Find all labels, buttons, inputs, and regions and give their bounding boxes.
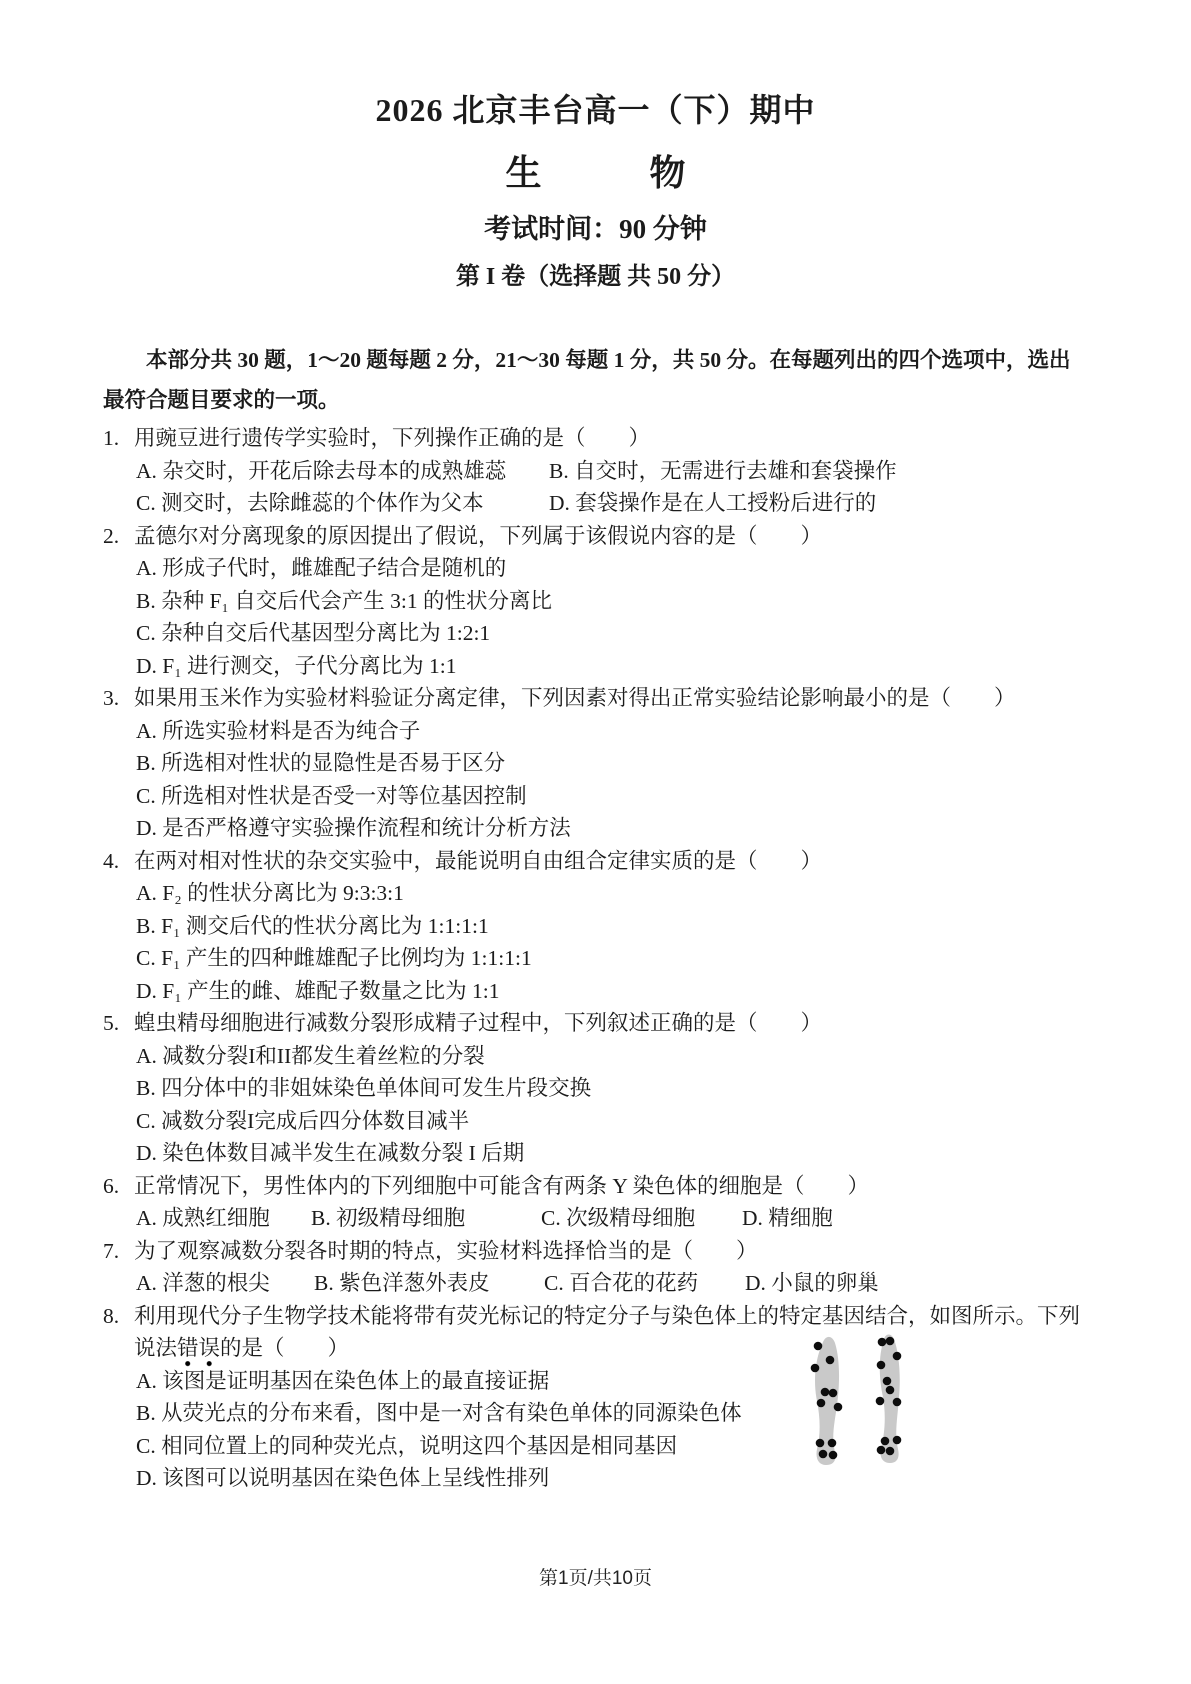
- option: D. 套袋操作是在人工授粉后进行的: [549, 487, 1091, 520]
- option-row: C. 测交时，去除雌蕊的个体作为父本D. 套袋操作是在人工授粉后进行的: [103, 487, 1091, 520]
- fluorescent-dot: [893, 1351, 902, 1360]
- stem-segment: 的是（ ）: [220, 1336, 349, 1360]
- fluorescent-dot: [893, 1435, 902, 1444]
- option: D. 该图可以说明基因在染色体上呈线性排列: [136, 1462, 1091, 1495]
- option-row: C. 相同位置上的同种荧光点，说明这四个基因是相同基因: [103, 1430, 1091, 1463]
- option: B. 自交时，无需进行去雄和套袋操作: [549, 455, 1091, 488]
- option-row: A. 减数分裂I和II都发生着丝粒的分裂: [103, 1040, 1091, 1073]
- option: C. 百合花的花药: [544, 1267, 745, 1300]
- fluorescent-dot: [829, 1388, 838, 1397]
- option: C. 次级精母细胞: [541, 1202, 742, 1235]
- question-stem: 3.如果用玉米作为实验材料验证分离定律，下列因素对得出正常实验结论影响最小的是（…: [103, 682, 1091, 715]
- page-title: 2026 北京丰台高一（下）期中: [0, 90, 1191, 130]
- option: B. 初级精母细胞: [311, 1202, 541, 1235]
- fluorescent-dot: [811, 1363, 820, 1372]
- option: C. 所选相对性状是否受一对等位基因控制: [136, 780, 1091, 813]
- fluorescent-dot: [886, 1385, 895, 1394]
- question-stem: 4.在两对相对性状的杂交实验中，最能说明自由组合定律实质的是（ ）: [103, 845, 1091, 878]
- fluorescent-dot: [883, 1376, 892, 1385]
- question-stem: 1.用豌豆进行遗传学实验时，下列操作正确的是（ ）: [103, 422, 1091, 455]
- option: B. 所选相对性状的显隐性是否易于区分: [136, 747, 1091, 780]
- option: C. 相同位置上的同种荧光点，说明这四个基因是相同基因: [136, 1430, 1091, 1463]
- instructions-line: 本部分共 30 题，1～20 题每题 2 分，21～30 每题 1 分，共 50…: [103, 340, 1091, 380]
- option-row: A. 形成子代时，雌雄配子结合是随机的: [103, 552, 1091, 585]
- fluorescent-dot: [877, 1360, 886, 1369]
- option-row: B. 所选相对性状的显隐性是否易于区分: [103, 747, 1091, 780]
- option-row: C. 减数分裂I完成后四分体数目减半: [103, 1105, 1091, 1138]
- option-row: A. 成熟红细胞B. 初级精母细胞C. 次级精母细胞D. 精细胞: [103, 1202, 1091, 1235]
- question: 5.蝗虫精母细胞进行减数分裂形成精子过程中，下列叙述正确的是（ ）A. 减数分裂…: [103, 1007, 1091, 1170]
- option: A. 所选实验材料是否为纯合子: [136, 715, 1091, 748]
- page-footer: 第1页/共10页: [0, 1566, 1191, 1592]
- question: 2.孟德尔对分离现象的原因提出了假说，下列属于该假说内容的是（ ）A. 形成子代…: [103, 520, 1091, 683]
- option: D. F₁ 产生的雌、雄配子数量之比为 1:1: [136, 975, 1091, 1008]
- question-stem-text: 如果用玉米作为实验材料验证分离定律，下列因素对得出正常实验结论影响最小的是（ ）: [134, 682, 1091, 715]
- option: A. 减数分裂I和II都发生着丝粒的分裂: [136, 1040, 1091, 1073]
- option-row: D. 该图可以说明基因在染色体上呈线性排列: [103, 1462, 1091, 1495]
- question-number: 2.: [103, 520, 134, 553]
- stem-segment: 孟德尔对分离现象的原因提出了假说，下列属于该假说内容的是（ ）: [134, 524, 822, 548]
- instructions: 本部分共 30 题，1～20 题每题 2 分，21～30 每题 1 分，共 50…: [103, 340, 1091, 420]
- option: A. 形成子代时，雌雄配子结合是随机的: [136, 552, 1091, 585]
- subject-title: 生 物: [0, 150, 1191, 196]
- fluorescent-dot: [886, 1336, 895, 1345]
- option: B. 从荧光点的分布来看，图中是一对含有染色单体的同源染色体: [136, 1397, 1091, 1430]
- question-stem-text: 孟德尔对分离现象的原因提出了假说，下列属于该假说内容的是（ ）: [134, 520, 1091, 553]
- question-stem-text: 蝗虫精母细胞进行减数分裂形成精子过程中，下列叙述正确的是（ ）: [134, 1007, 1091, 1040]
- exam-page: 2026 北京丰台高一（下）期中 生 物 考试时间：90 分钟 第 I 卷（选择…: [0, 0, 1191, 1684]
- stem-segment: 在两对相对性状的杂交实验中，最能说明自由组合定律实质的是（ ）: [134, 849, 822, 873]
- fluorescent-dot: [829, 1450, 838, 1459]
- stem-segment: 用豌豆进行遗传学实验时，下列操作正确的是（ ）: [134, 426, 650, 450]
- option: B. 四分体中的非姐妹染色单体间可发生片段交换: [136, 1072, 1091, 1105]
- stem-segment: 如果用玉米作为实验材料验证分离定律，下列因素对得出正常实验结论影响最小的是（ ）: [134, 686, 1016, 710]
- question-number: 1.: [103, 422, 134, 455]
- option-row: D. F₁ 产生的雌、雄配子数量之比为 1:1: [103, 975, 1091, 1008]
- fluorescent-dot: [878, 1337, 887, 1346]
- option-row: C. F₁ 产生的四种雌雄配子比例均为 1:1:1:1: [103, 942, 1091, 975]
- option-row: A. F₂ 的性状分离比为 9:3:3:1: [103, 877, 1091, 910]
- fluorescent-dot: [821, 1387, 830, 1396]
- option-row: A. 该图是证明基因在染色体上的最直接证据: [103, 1365, 1091, 1398]
- question-number: 8.: [103, 1300, 134, 1365]
- question: 3.如果用玉米作为实验材料验证分离定律，下列因素对得出正常实验结论影响最小的是（…: [103, 682, 1091, 845]
- option: D. 染色体数目减半发生在减数分裂 I 后期: [136, 1137, 1091, 1170]
- question-number: 6.: [103, 1170, 134, 1203]
- option-row: C. 杂种自交后代基因型分离比为 1:2:1: [103, 617, 1091, 650]
- option: A. 成熟红细胞: [136, 1202, 311, 1235]
- fluorescent-dot: [814, 1341, 823, 1350]
- question: 8.利用现代分子生物学技术能将带有荧光标记的特定分子与染色体上的特定基因结合，如…: [103, 1300, 1091, 1495]
- question: 7.为了观察减数分裂各时期的特点，实验材料选择恰当的是（ ）A. 洋葱的根尖B.…: [103, 1235, 1091, 1300]
- option: D. 是否严格遵守实验操作流程和统计分析方法: [136, 812, 1091, 845]
- option: C. 减数分裂I完成后四分体数目减半: [136, 1105, 1091, 1138]
- question-number: 4.: [103, 845, 134, 878]
- fluorescent-dot: [886, 1446, 895, 1455]
- question: 6.正常情况下，男性体内的下列细胞中可能含有两条 Y 染色体的细胞是（ ）A. …: [103, 1170, 1091, 1235]
- option: D. 小鼠的卵巢: [745, 1267, 1091, 1300]
- fluorescent-dot: [828, 1438, 837, 1447]
- option: C. 测交时，去除雌蕊的个体作为父本: [136, 487, 549, 520]
- option: A. 杂交时，开花后除去母本的成熟雄蕊: [136, 455, 549, 488]
- option: A. 洋葱的根尖: [136, 1267, 314, 1300]
- option: A. F₂ 的性状分离比为 9:3:3:1: [136, 877, 1091, 910]
- fluorescent-dot: [834, 1402, 843, 1411]
- option-row: B. F₁ 测交后代的性状分离比为 1:1:1:1: [103, 910, 1091, 943]
- question-stem: 6.正常情况下，男性体内的下列细胞中可能含有两条 Y 染色体的细胞是（ ）: [103, 1170, 1091, 1203]
- question-number: 3.: [103, 682, 134, 715]
- fluorescent-dot: [893, 1397, 902, 1406]
- option: B. 紫色洋葱外表皮: [314, 1267, 544, 1300]
- question-stem-text: 正常情况下，男性体内的下列细胞中可能含有两条 Y 染色体的细胞是（ ）: [134, 1170, 1091, 1203]
- option: B. F₁ 测交后代的性状分离比为 1:1:1:1: [136, 910, 1091, 943]
- fluorescent-dot: [877, 1445, 886, 1454]
- chromosome-figure: [800, 1333, 912, 1467]
- fluorescent-dot: [817, 1398, 826, 1407]
- option-row: A. 所选实验材料是否为纯合子: [103, 715, 1091, 748]
- fluorescent-dot: [876, 1396, 885, 1405]
- stem-segment: 蝗虫精母细胞进行减数分裂形成精子过程中，下列叙述正确的是（ ）: [134, 1011, 822, 1035]
- option: C. F₁ 产生的四种雌雄配子比例均为 1:1:1:1: [136, 942, 1091, 975]
- stem-segment: 正常情况下，男性体内的下列细胞中可能含有两条 Y 染色体的细胞是（ ）: [134, 1174, 869, 1198]
- question-stem-text: 为了观察减数分裂各时期的特点，实验材料选择恰当的是（ ）: [134, 1235, 1091, 1268]
- question: 4.在两对相对性状的杂交实验中，最能说明自由组合定律实质的是（ ）A. F₂ 的…: [103, 845, 1091, 1008]
- option-row: A. 洋葱的根尖B. 紫色洋葱外表皮C. 百合花的花药D. 小鼠的卵巢: [103, 1267, 1091, 1300]
- fluorescent-dot: [881, 1436, 890, 1445]
- fluorescent-dot: [826, 1355, 835, 1364]
- option: A. 该图是证明基因在染色体上的最直接证据: [136, 1365, 1091, 1398]
- question-stem-text: 用豌豆进行遗传学实验时，下列操作正确的是（ ）: [134, 422, 1091, 455]
- section-title: 第 I 卷（选择题 共 50 分）: [0, 262, 1191, 292]
- option-row: D. 染色体数目减半发生在减数分裂 I 后期: [103, 1137, 1091, 1170]
- stem-segment: 为了观察减数分裂各时期的特点，实验材料选择恰当的是（ ）: [134, 1239, 758, 1263]
- fluorescent-dot: [819, 1449, 828, 1458]
- option-row: A. 杂交时，开花后除去母本的成熟雄蕊B. 自交时，无需进行去雄和套袋操作: [103, 455, 1091, 488]
- question-number: 5.: [103, 1007, 134, 1040]
- option-row: B. 四分体中的非姐妹染色单体间可发生片段交换: [103, 1072, 1091, 1105]
- instructions-line: 最符合题目要求的一项。: [103, 380, 1091, 420]
- exam-time: 考试时间：90 分钟: [0, 212, 1191, 246]
- question: 1.用豌豆进行遗传学实验时，下列操作正确的是（ ）A. 杂交时，开花后除去母本的…: [103, 422, 1091, 520]
- option-row: D. F₁ 进行测交，子代分离比为 1:1: [103, 650, 1091, 683]
- option: C. 杂种自交后代基因型分离比为 1:2:1: [136, 617, 1091, 650]
- option-row: C. 所选相对性状是否受一对等位基因控制: [103, 780, 1091, 813]
- question-stem: 2.孟德尔对分离现象的原因提出了假说，下列属于该假说内容的是（ ）: [103, 520, 1091, 553]
- option: B. 杂种 F₁ 自交后代会产生 3:1 的性状分离比: [136, 585, 1091, 618]
- option: D. 精细胞: [742, 1202, 1091, 1235]
- question-stem: 7.为了观察减数分裂各时期的特点，实验材料选择恰当的是（ ）: [103, 1235, 1091, 1268]
- option-row: B. 从荧光点的分布来看，图中是一对含有染色单体的同源染色体: [103, 1397, 1091, 1430]
- question-number: 7.: [103, 1235, 134, 1268]
- fluorescent-dot: [816, 1438, 825, 1447]
- option: D. F₁ 进行测交，子代分离比为 1:1: [136, 650, 1091, 683]
- content: 本部分共 30 题，1～20 题每题 2 分，21～30 每题 1 分，共 50…: [0, 340, 1191, 1495]
- question-stem: 8.利用现代分子生物学技术能将带有荧光标记的特定分子与染色体上的特定基因结合，如…: [103, 1300, 1091, 1365]
- option-row: B. 杂种 F₁ 自交后代会产生 3:1 的性状分离比: [103, 585, 1091, 618]
- emphasized-text: 错误: [177, 1336, 220, 1367]
- question-stem-text: 利用现代分子生物学技术能将带有荧光标记的特定分子与染色体上的特定基因结合，如图所…: [134, 1300, 1091, 1365]
- option-row: D. 是否严格遵守实验操作流程和统计分析方法: [103, 812, 1091, 845]
- question-stem: 5.蝗虫精母细胞进行减数分裂形成精子过程中，下列叙述正确的是（ ）: [103, 1007, 1091, 1040]
- questions: 1.用豌豆进行遗传学实验时，下列操作正确的是（ ）A. 杂交时，开花后除去母本的…: [103, 422, 1091, 1495]
- question-stem-text: 在两对相对性状的杂交实验中，最能说明自由组合定律实质的是（ ）: [134, 845, 1091, 878]
